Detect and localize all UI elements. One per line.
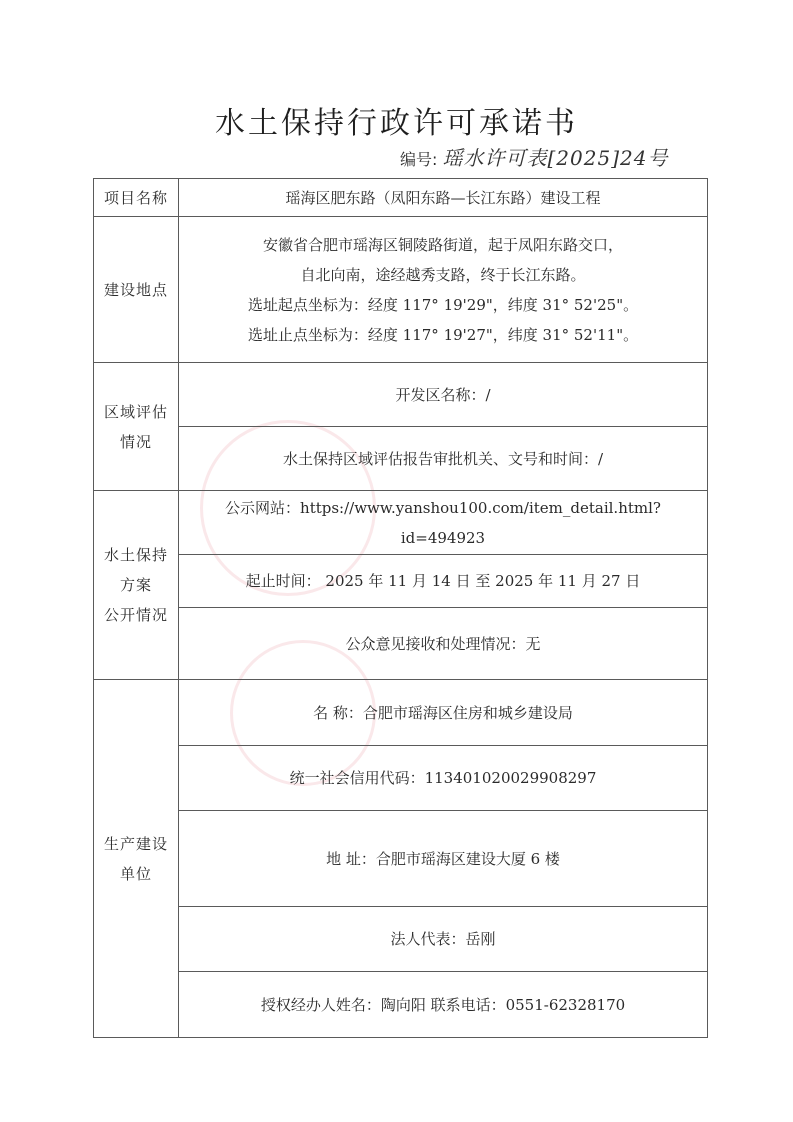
row-dev-zone: 区域评估情况 开发区名称：/ — [94, 363, 708, 427]
label-plan-disclosure: 水土保持方案 公开情况 — [94, 491, 179, 680]
value-contact: 授权经办人姓名：陶向阳 联系电话：0551-62328170 — [179, 972, 708, 1038]
row-location: 建设地点 安徽省合肥市瑶海区铜陵路街道，起于凤阳东路交口， 自北向南，途经越秀支… — [94, 217, 708, 363]
commitment-form-table: 项目名称 瑶海区肥东路（凤阳东路—长江东路）建设工程 建设地点 安徽省合肥市瑶海… — [93, 178, 708, 1038]
document-number: 编号: 瑶水许可表[2025]24号 — [400, 142, 668, 171]
value-project-name: 瑶海区肥东路（凤阳东路—长江东路）建设工程 — [179, 179, 708, 217]
value-period: 起止时间： 2025 年 11 月 14 日 至 2025 年 11 月 27 … — [179, 555, 708, 608]
row-website: 水土保持方案 公开情况 公示网站：https://www.yanshou100.… — [94, 491, 708, 555]
location-line: 安徽省合肥市瑶海区铜陵路街道，起于凤阳东路交口， — [185, 230, 701, 260]
row-credit-code: 统一社会信用代码：113401020029908297 — [94, 746, 708, 811]
value-public-opinion: 公众意见接收和处理情况：无 — [179, 608, 708, 680]
label-regional-assessment: 区域评估情况 — [94, 363, 179, 491]
row-legal-rep: 法人代表：岳刚 — [94, 907, 708, 972]
row-public-opinion: 公众意见接收和处理情况：无 — [94, 608, 708, 680]
row-contact: 授权经办人姓名：陶向阳 联系电话：0551-62328170 — [94, 972, 708, 1038]
value-legal-rep: 法人代表：岳刚 — [179, 907, 708, 972]
value-location: 安徽省合肥市瑶海区铜陵路街道，起于凤阳东路交口， 自北向南，途经越秀支路，终于长… — [179, 217, 708, 363]
value-builder-name: 名 称：合肥市瑶海区住房和城乡建设局 — [179, 680, 708, 746]
row-project-name: 项目名称 瑶海区肥东路（凤阳东路—长江东路）建设工程 — [94, 179, 708, 217]
row-period: 起止时间： 2025 年 11 月 14 日 至 2025 年 11 月 27 … — [94, 555, 708, 608]
value-credit-code: 统一社会信用代码：113401020029908297 — [179, 746, 708, 811]
row-address: 地 址：合肥市瑶海区建设大厦 6 楼 — [94, 811, 708, 907]
row-builder-name: 生产建设单位 名 称：合肥市瑶海区住房和城乡建设局 — [94, 680, 708, 746]
label-plan-disclosure-line1: 水土保持方案 — [100, 540, 172, 600]
label-builder: 生产建设单位 — [94, 680, 179, 1038]
row-assessment-approval: 水土保持区域评估报告审批机关、文号和时间：/ — [94, 427, 708, 491]
location-line: 选址止点坐标为：经度 117° 19'27"，纬度 31° 52'11"。 — [185, 320, 701, 350]
value-dev-zone: 开发区名称：/ — [179, 363, 708, 427]
document-number-label: 编号: — [400, 150, 437, 169]
value-assessment-approval: 水土保持区域评估报告审批机关、文号和时间：/ — [179, 427, 708, 491]
value-address: 地 址：合肥市瑶海区建设大厦 6 楼 — [179, 811, 708, 907]
document-title: 水土保持行政许可承诺书 — [0, 98, 793, 142]
location-line: 选址起点坐标为：经度 117° 19'29"，纬度 31° 52'25"。 — [185, 290, 701, 320]
document-number-value: 瑶水许可表[2025]24号 — [443, 146, 669, 170]
label-project-name: 项目名称 — [94, 179, 179, 217]
label-location: 建设地点 — [94, 217, 179, 363]
value-website: 公示网站：https://www.yanshou100.com/item_det… — [179, 491, 708, 555]
location-line: 自北向南，途经越秀支路，终于长江东路。 — [185, 260, 701, 290]
label-plan-disclosure-line2: 公开情况 — [100, 600, 172, 630]
